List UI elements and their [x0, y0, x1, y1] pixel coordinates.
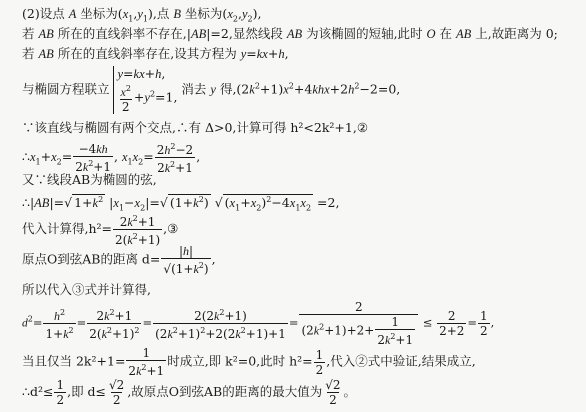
line-13: 当且仅当 2k²+1=12k2+1时成立,即 k²=0,此时 h²=12,代入②… — [22, 346, 476, 378]
line-5: ∵该直线与椭圆有两个交点,∴有 Δ>0,计算可得 h²<2k²+1,② — [22, 120, 368, 136]
line-2: 若 AB 所在的直线斜率不存在,|AB|=2,显然线段 AB 为该椭圆的短轴,此… — [22, 26, 558, 42]
line-4-system: 与椭圆方程联立 y=kx+h,x22+y2=1, 消去 y 得,(2k2+1)x… — [22, 66, 400, 114]
line-7: 又∵线段AB为椭圆的弦, — [22, 172, 157, 188]
line-11: 所以代入③式并计算得, — [22, 282, 151, 298]
line-6: ∴x1+x2=−4kh2k2+1, x1x2=2h2−22k2+1, — [22, 140, 200, 175]
line-3: 若 AB 所在的直线斜率存在,设其方程为 y=kx+h, — [22, 46, 289, 62]
line-9: 代入计算得,h²=2k2+12(k2+1),③ — [22, 212, 178, 247]
line-14: ∴d²≤12,即 d≤√22,故原点O到弦AB的距离的最大值为√22。 — [22, 378, 356, 407]
line-1: (2)设点 A 坐标为(x1,y1),点 B 坐标为(x2,y2), — [22, 6, 261, 28]
line-12: d2=h21+k2=2k2+12(k2+1)2=2(2k2+1)(2k2+1)2… — [22, 300, 494, 347]
line-10: 原点O到弦AB的距离 d=|h|√(1+k2), — [22, 244, 216, 276]
